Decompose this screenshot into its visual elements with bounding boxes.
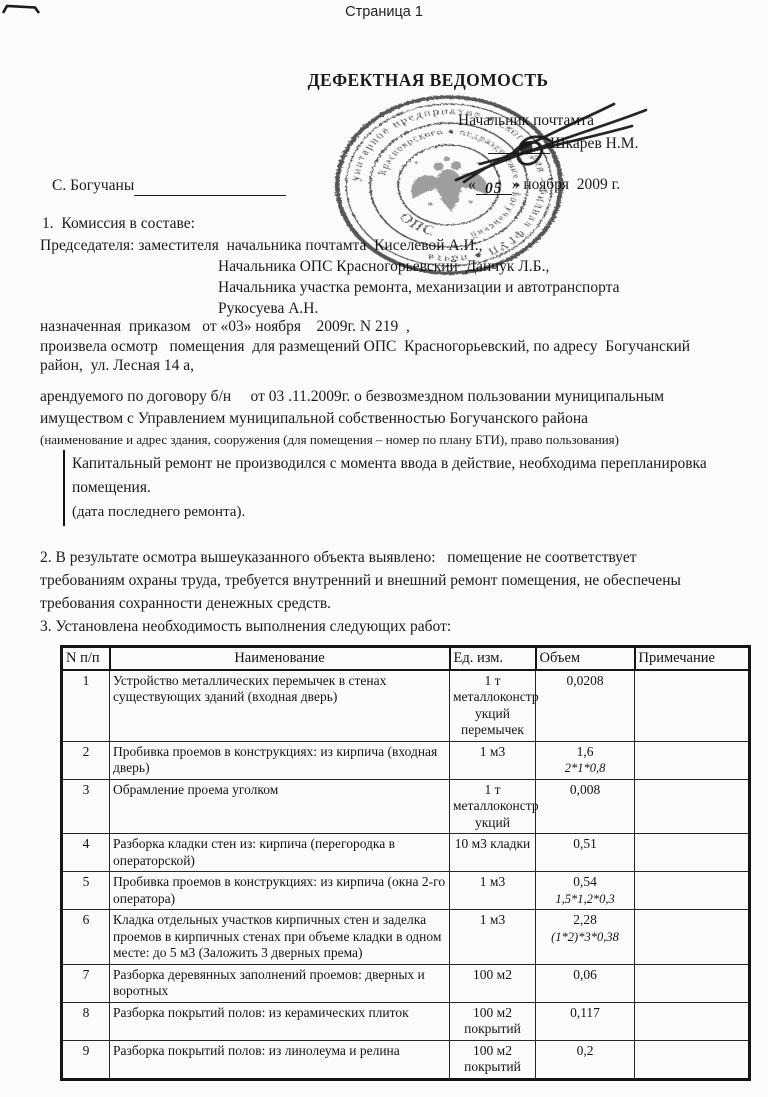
note-cell xyxy=(635,834,750,872)
volume-value: 0,117 xyxy=(539,1005,631,1022)
findings-line: требования сохранности денежных средств. xyxy=(40,594,331,614)
row-number-cell: 3 xyxy=(62,779,110,834)
table-row: 3 Обрамление проема уголком 1 т металлок… xyxy=(62,779,750,834)
header-name: Наименование xyxy=(110,647,450,670)
unit-cell: 1 м3 xyxy=(450,910,536,965)
volume-value: 0,54 xyxy=(539,874,631,891)
work-name-cell: Кладка отдельных участков кирпичных стен… xyxy=(110,910,450,965)
works-heading: 3. Установлена необходимость выполнения … xyxy=(40,617,451,637)
defect-works-table: N п/п Наименование Ед. изм. Объем Примеч… xyxy=(60,645,751,1081)
findings-line: 2. В результате осмотра вышеуказанного о… xyxy=(40,548,637,568)
order-line: назначенная приказом от «03» ноября 2009… xyxy=(40,317,410,337)
table-header-row: N п/п Наименование Ед. изм. Объем Примеч… xyxy=(62,647,750,670)
note-cell xyxy=(635,910,750,965)
note-cell xyxy=(635,872,750,910)
repair-note-line: Капитальный ремонт не производился с мом… xyxy=(72,452,744,476)
row-number-cell: 5 xyxy=(62,872,110,910)
unit-cell: 100 м2 xyxy=(450,964,536,1002)
volume-value: 0,51 xyxy=(539,836,631,853)
signature-ink-blot xyxy=(520,142,533,155)
row-number-cell: 1 xyxy=(62,670,110,742)
volume-cell: 0,06 xyxy=(536,964,635,1002)
work-name-cell: Обрамление проема уголком xyxy=(110,779,450,834)
work-name-cell: Пробивка проемов в конструкциях: из кирп… xyxy=(110,741,450,779)
volume-cell: 0,54 1,5*1,2*0,3 xyxy=(536,872,635,910)
work-name-cell: Разборка деревянных заполнений проемов: … xyxy=(110,964,450,1002)
row-number-cell: 9 xyxy=(62,1040,110,1079)
volume-value: 0,2 xyxy=(539,1043,631,1060)
place-name: С. Богучаны xyxy=(52,177,134,194)
header-volume: Объем xyxy=(536,647,635,670)
table-row: 5 Пробивка проемов в конструкциях: из ки… xyxy=(62,872,750,910)
lease-note: (наименование и адрес здания, сооружения… xyxy=(40,430,619,450)
row-number-cell: 7 xyxy=(62,964,110,1002)
header-note: Примечание xyxy=(635,647,750,670)
repair-note-box: Капитальный ремонт не производился с мом… xyxy=(63,450,744,526)
scan-artifact-mark xyxy=(1,2,45,18)
volume-cell: 0,2 xyxy=(536,1040,635,1079)
findings-line: требованиям охраны труда, требуется внут… xyxy=(40,571,681,591)
work-name-cell: Разборка покрытий полов: из линолеума и … xyxy=(110,1040,450,1079)
table-row: 1 Устройство металлических перемычек в с… xyxy=(62,670,750,742)
row-number-cell: 6 xyxy=(62,910,110,965)
note-cell xyxy=(635,779,750,834)
table-row: 4 Разборка кладки стен из: кирпича (пере… xyxy=(62,834,750,872)
lease-line: имуществом с Управлением муниципальной с… xyxy=(40,409,588,429)
note-cell xyxy=(635,1002,750,1040)
note-cell xyxy=(635,670,750,742)
unit-cell: 10 м3 кладки xyxy=(450,834,536,872)
row-number-cell: 8 xyxy=(62,1002,110,1040)
commission-heading: 1. Комиссия в составе: xyxy=(42,214,195,234)
table-row: 7 Разборка деревянных заполнений проемов… xyxy=(62,964,750,1002)
stamp-ops-text: ОПС xyxy=(395,209,440,241)
volume-value: 0,06 xyxy=(539,967,631,984)
table-row: 2 Пробивка проемов в конструкциях: из ки… xyxy=(62,741,750,779)
page-number-label: Страница 1 xyxy=(0,4,768,20)
inspection-line: район, ул. Лесная 14 а, xyxy=(40,356,194,376)
volume-cell: 0,51 xyxy=(536,834,635,872)
repair-note-line: помещения. xyxy=(72,476,744,500)
unit-cell: 100 м2 покрытий xyxy=(450,1002,536,1040)
lease-line: арендуемого по договору б/н от 03 .11.20… xyxy=(40,387,664,407)
note-cell xyxy=(635,741,750,779)
unit-cell: 1 м3 xyxy=(450,872,536,910)
work-name-cell: Разборка покрытий полов: из керамических… xyxy=(110,1002,450,1040)
volume-formula: 2*1*0,8 xyxy=(539,760,631,777)
inspection-line: произвела осмотр помещения для размещени… xyxy=(40,337,690,357)
work-name-cell: Устройство металлических перемычек в сте… xyxy=(110,670,450,742)
volume-cell: 0,117 xyxy=(536,1002,635,1040)
note-cell xyxy=(635,1040,750,1079)
volume-value: 2,28 xyxy=(539,912,631,929)
volume-value: 0,0208 xyxy=(539,673,631,690)
row-number-cell: 2 xyxy=(62,741,110,779)
note-cell xyxy=(635,964,750,1002)
work-name-cell: Пробивка проемов в конструкциях: из кирп… xyxy=(110,872,450,910)
table-row: 6 Кладка отдельных участков кирпичных ст… xyxy=(62,910,750,965)
repair-note-caption: (дата последнего ремонта). xyxy=(72,500,744,524)
volume-formula: 1,5*1,2*0,3 xyxy=(539,891,631,908)
table-row: 8 Разборка покрытий полов: из керамическ… xyxy=(62,1002,750,1040)
volume-cell: 0,0208 xyxy=(536,670,635,742)
commission-member-line: Рукосуева А.Н. xyxy=(218,299,318,319)
signature-scribble xyxy=(408,94,660,198)
header-unit: Ед. изм. xyxy=(450,647,536,670)
volume-cell: 2,28 (1*2)*3*0,38 xyxy=(536,910,635,965)
unit-cell: 1 т металлоконстр укций перемычек xyxy=(450,670,536,742)
place-line: С. Богучаны xyxy=(52,176,286,196)
table-row: 9 Разборка покрытий полов: из линолеума … xyxy=(62,1040,750,1079)
unit-cell: 1 т металлоконстр укций xyxy=(450,779,536,834)
header-row-number: N п/п xyxy=(62,647,110,670)
row-number-cell: 4 xyxy=(62,834,110,872)
place-underline xyxy=(134,180,286,196)
volume-value: 1,6 xyxy=(539,744,631,761)
volume-cell: 0,008 xyxy=(536,779,635,834)
unit-cell: 100 м2 покрытий xyxy=(450,1040,536,1079)
volume-cell: 1,6 2*1*0,8 xyxy=(536,741,635,779)
volume-formula: (1*2)*3*0,38 xyxy=(539,929,631,946)
unit-cell: 1 м3 xyxy=(450,741,536,779)
volume-value: 0,008 xyxy=(539,782,631,799)
work-name-cell: Разборка кладки стен из: кирпича (перего… xyxy=(110,834,450,872)
